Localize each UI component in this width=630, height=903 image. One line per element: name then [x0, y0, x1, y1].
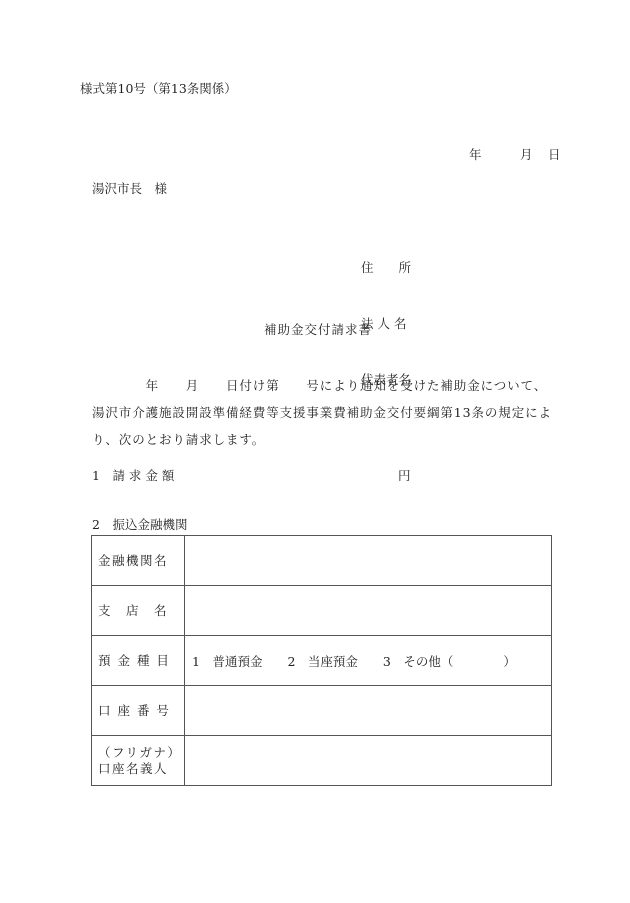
date-line: 年月日 [461, 131, 560, 163]
bank-section-label: 2 振込金融機関 [92, 517, 187, 533]
deposit-type-label: 預 金 種 目 [92, 636, 185, 686]
account-number-field[interactable] [185, 686, 552, 736]
form-number: 様式第10号（第13条関係） [80, 81, 237, 97]
table-row: 金融機関名 [92, 536, 552, 586]
deposit-type-options[interactable]: 1 普通預金 2 当座預金 3 その他（ ） [185, 636, 552, 686]
body-line-3: り、次のとおり請求します。 [92, 426, 552, 453]
addressee: 湯沢市長 様 [92, 181, 167, 197]
table-row: 預 金 種 目 1 普通預金 2 当座預金 3 その他（ ） [92, 636, 552, 686]
address-label: 住 所 [361, 260, 411, 284]
date-day: 日 [548, 147, 561, 163]
request-amount-unit: 円 [398, 468, 411, 484]
branch-name-field[interactable] [185, 586, 552, 636]
body-line-1: 年 月 日付け第 号により通知を受けた補助金について、 [92, 372, 552, 399]
request-body: 年 月 日付け第 号により通知を受けた補助金について、 湯沢市介護施設開設準備経… [92, 372, 552, 453]
account-holder-label: （フリガナ） 口座名義人 [92, 736, 185, 786]
body-line-2: 湯沢市介護施設開設準備経費等支援事業費補助金交付要綱第13条の規定によ [92, 399, 552, 426]
branch-name-label: 支 店 名 [92, 586, 185, 636]
table-row: 支 店 名 [92, 586, 552, 636]
request-amount-label: 1 請 求 金 額 [92, 468, 174, 484]
account-holder-name-label: 口座名義人 [98, 761, 184, 777]
bank-table: 金融機関名 支 店 名 預 金 種 目 1 普通預金 2 当座預金 3 その他（… [91, 535, 552, 786]
account-holder-field[interactable] [185, 736, 552, 786]
account-holder-furigana-label: （フリガナ） [98, 745, 184, 761]
date-month: 月 [520, 147, 548, 163]
table-row: （フリガナ） 口座名義人 [92, 736, 552, 786]
account-number-label: 口 座 番 号 [92, 686, 185, 736]
document-title: 補助金交付請求書 [264, 322, 372, 338]
date-year: 年 [469, 147, 520, 163]
bank-name-field[interactable] [185, 536, 552, 586]
table-row: 口 座 番 号 [92, 686, 552, 736]
bank-name-label: 金融機関名 [92, 536, 185, 586]
